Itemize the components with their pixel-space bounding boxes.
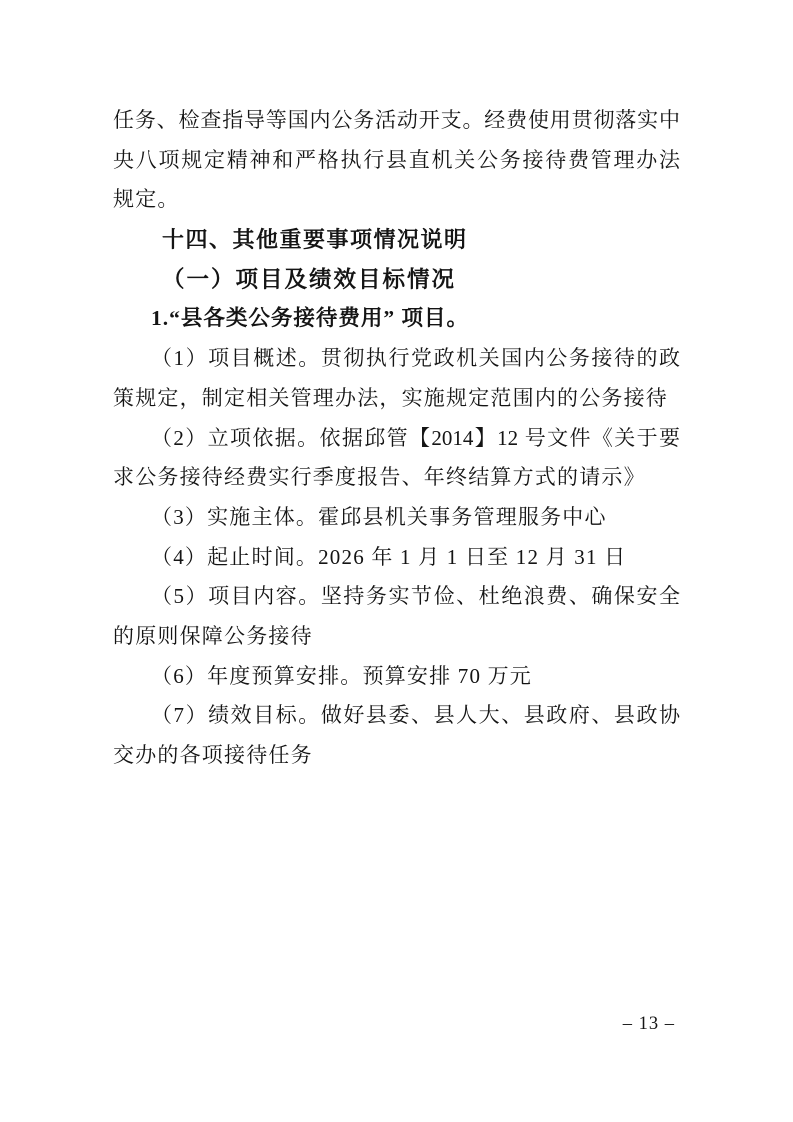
item-1-overview-line-2: 策规定，制定相关管理办法，实施规定范围内的公务接待 [113,379,680,419]
item-4-time-period: （4）起止时间。2026 年 1 月 1 日至 12 月 31 日 [113,538,680,578]
item-7-performance-goal-line-2: 交办的各项接待任务 [113,736,680,776]
document-page: 任务、检查指导等国内公务活动开支。经费使用贯彻落实中 央八项规定精神和严格执行县… [0,0,793,1122]
paragraph-expense-usage-line-2: 央八项规定精神和严格执行县直机关公务接待费管理办法 [113,141,680,181]
item-2-basis-line-2: 求公务接待经费实行季度报告、年终结算方式的请示》 [113,458,680,498]
item-5-content-line-2: 的原则保障公务接待 [113,617,680,657]
item-5-content-line-1: （5）项目内容。坚持务实节俭、杜绝浪费、确保安全 [113,577,680,617]
page-number: – 13 – [623,1014,675,1035]
paragraph-expense-usage-line-1: 任务、检查指导等国内公务活动开支。经费使用贯彻落实中 [113,101,680,141]
heading-project-1: 1.“县各类公务接待费用” 项目。 [113,299,680,339]
heading-section-14: 十四、其他重要事项情况说明 [113,220,680,260]
document-body: 任务、检查指导等国内公务活动开支。经费使用贯彻落实中 央八项规定精神和严格执行县… [113,101,680,776]
heading-subsection-1: （一）项目及绩效目标情况 [113,260,680,300]
item-1-overview-line-1: （1）项目概述。贯彻执行党政机关国内公务接待的政 [113,339,680,379]
item-6-annual-budget: （6）年度预算安排。预算安排 70 万元 [113,657,680,697]
item-2-basis-line-1: （2）立项依据。依据邱管【2014】12 号文件《关于要 [113,419,680,459]
item-7-performance-goal-line-1: （7）绩效目标。做好县委、县人大、县政府、县政协 [113,696,680,736]
paragraph-expense-usage-line-3: 规定。 [113,180,680,220]
item-3-implementing-entity: （3）实施主体。霍邱县机关事务管理服务中心 [113,498,680,538]
